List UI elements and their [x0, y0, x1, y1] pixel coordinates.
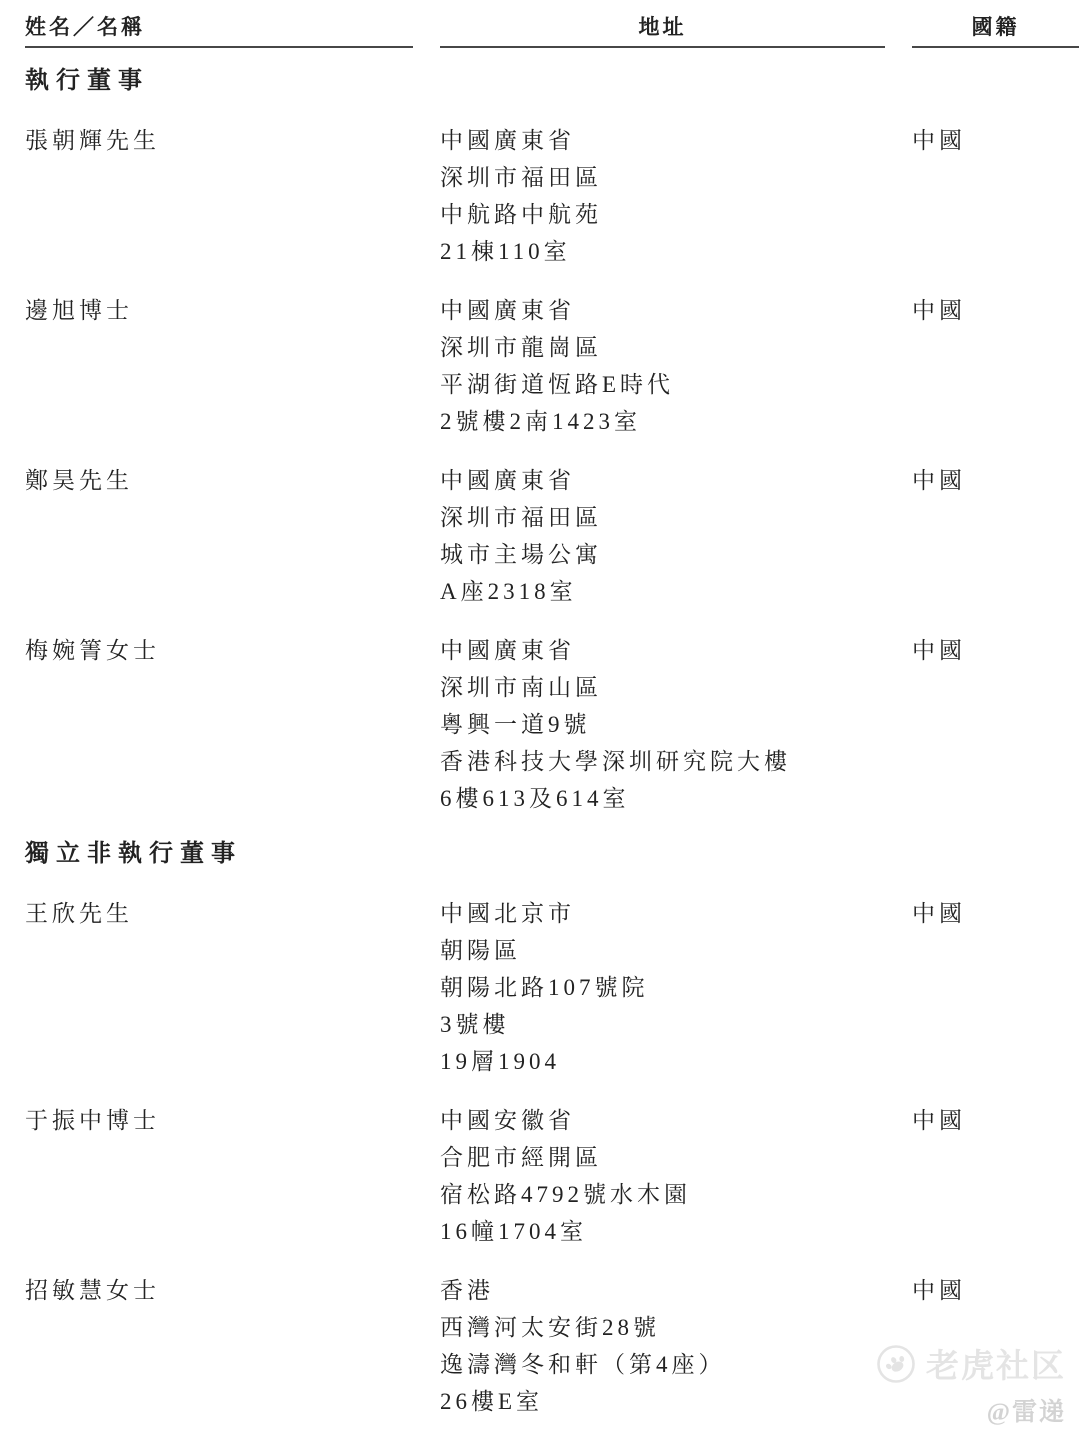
column-header-name: 姓名／名稱: [25, 14, 413, 48]
address-line: 6樓613及614室: [440, 780, 885, 817]
address-line: 中航路中航苑: [440, 196, 885, 233]
column-header-address: 地址: [440, 14, 885, 48]
director-name: 邊旭博士: [25, 292, 413, 440]
director-address: 中國北京市 朝陽區 朝陽北路107號院 3號樓 19層1904: [440, 895, 885, 1080]
address-line: 16幢1704室: [440, 1213, 885, 1250]
address-line: 19層1904: [440, 1043, 885, 1080]
director-name: 招敏慧女士: [25, 1272, 413, 1420]
table-row: 于振中博士 中國安徽省 合肥市經開區 宿松路4792號水木園 16幢1704室 …: [25, 1102, 1080, 1250]
director-name: 梅婉箐女士: [25, 632, 413, 817]
director-name: 張朝輝先生: [25, 122, 413, 270]
address-line: 朝陽北路107號院: [440, 969, 885, 1006]
address-line: 香港: [440, 1272, 885, 1309]
director-address: 中國廣東省 深圳市福田區 城市主場公寓 A座2318室: [440, 462, 885, 610]
address-line: 中國廣東省: [440, 462, 885, 499]
director-nationality: 中國: [912, 1102, 1079, 1250]
director-nationality: 中國: [912, 632, 1079, 817]
address-line: 西灣河太安街28號: [440, 1309, 885, 1346]
watermark-brand-text: 老虎社区: [926, 1340, 1066, 1387]
address-line: 朝陽區: [440, 932, 885, 969]
address-line: 城市主場公寓: [440, 536, 885, 573]
column-header-nationality: 國籍: [912, 14, 1079, 48]
address-line: 2號樓2南1423室: [440, 403, 885, 440]
address-line: 深圳市福田區: [440, 499, 885, 536]
table-row: 鄭昊先生 中國廣東省 深圳市福田區 城市主場公寓 A座2318室 中國: [25, 462, 1080, 610]
director-address: 中國廣東省 深圳市南山區 粵興一道9號 香港科技大學深圳研究院大樓 6樓613及…: [440, 632, 885, 817]
address-line: 深圳市龍崗區: [440, 329, 885, 366]
address-line: 21棟110室: [440, 233, 885, 270]
address-line: 中國北京市: [440, 895, 885, 932]
address-line: 逸濤灣冬和軒（第4座）: [440, 1346, 885, 1383]
watermark: 老虎社区 @雷递: [876, 1340, 1066, 1428]
table-row: 梅婉箐女士 中國廣東省 深圳市南山區 粵興一道9號 香港科技大學深圳研究院大樓 …: [25, 632, 1080, 817]
tiger-community-logo-icon: [876, 1344, 916, 1384]
address-line: 中國廣東省: [440, 122, 885, 159]
table-row: 邊旭博士 中國廣東省 深圳市龍崗區 平湖街道恆路E時代 2號樓2南1423室 中…: [25, 292, 1080, 440]
address-line: 深圳市南山區: [440, 669, 885, 706]
address-line: A座2318室: [440, 573, 885, 610]
section-title-independent-non-executive-directors: 獨立非執行董事: [25, 839, 1080, 869]
director-nationality: 中國: [912, 462, 1079, 610]
table-header-row: 姓名／名稱 地址 國籍: [25, 14, 1080, 48]
director-nationality: 中國: [912, 895, 1079, 1080]
address-line: 香港科技大學深圳研究院大樓: [440, 743, 885, 780]
director-nationality: 中國: [912, 292, 1079, 440]
address-line: 宿松路4792號水木園: [440, 1176, 885, 1213]
directors-table-page: 姓名／名稱 地址 國籍 執行董事 張朝輝先生 中國廣東省 深圳市福田區 中航路中…: [0, 0, 1080, 1436]
address-line: 平湖街道恆路E時代: [440, 366, 885, 403]
address-line: 中國廣東省: [440, 632, 885, 669]
watermark-brand-row: 老虎社区: [876, 1340, 1066, 1387]
address-line: 3號樓: [440, 1006, 885, 1043]
director-name: 于振中博士: [25, 1102, 413, 1250]
section-title-executive-directors: 執行董事: [25, 66, 1080, 96]
watermark-handle: @雷递: [876, 1392, 1066, 1428]
director-address: 中國廣東省 深圳市龍崗區 平湖街道恆路E時代 2號樓2南1423室: [440, 292, 885, 440]
director-name: 鄭昊先生: [25, 462, 413, 610]
director-address: 中國安徽省 合肥市經開區 宿松路4792號水木園 16幢1704室: [440, 1102, 885, 1250]
director-nationality: 中國: [912, 122, 1079, 270]
address-line: 深圳市福田區: [440, 159, 885, 196]
director-address: 中國廣東省 深圳市福田區 中航路中航苑 21棟110室: [440, 122, 885, 270]
table-row: 張朝輝先生 中國廣東省 深圳市福田區 中航路中航苑 21棟110室 中國: [25, 122, 1080, 270]
address-line: 中國廣東省: [440, 292, 885, 329]
director-address: 香港 西灣河太安街28號 逸濤灣冬和軒（第4座） 26樓E室: [440, 1272, 885, 1420]
address-line: 合肥市經開區: [440, 1139, 885, 1176]
director-name: 王欣先生: [25, 895, 413, 1080]
table-row: 王欣先生 中國北京市 朝陽區 朝陽北路107號院 3號樓 19層1904 中國: [25, 895, 1080, 1080]
address-line: 中國安徽省: [440, 1102, 885, 1139]
address-line: 26樓E室: [440, 1383, 885, 1420]
address-line: 粵興一道9號: [440, 706, 885, 743]
